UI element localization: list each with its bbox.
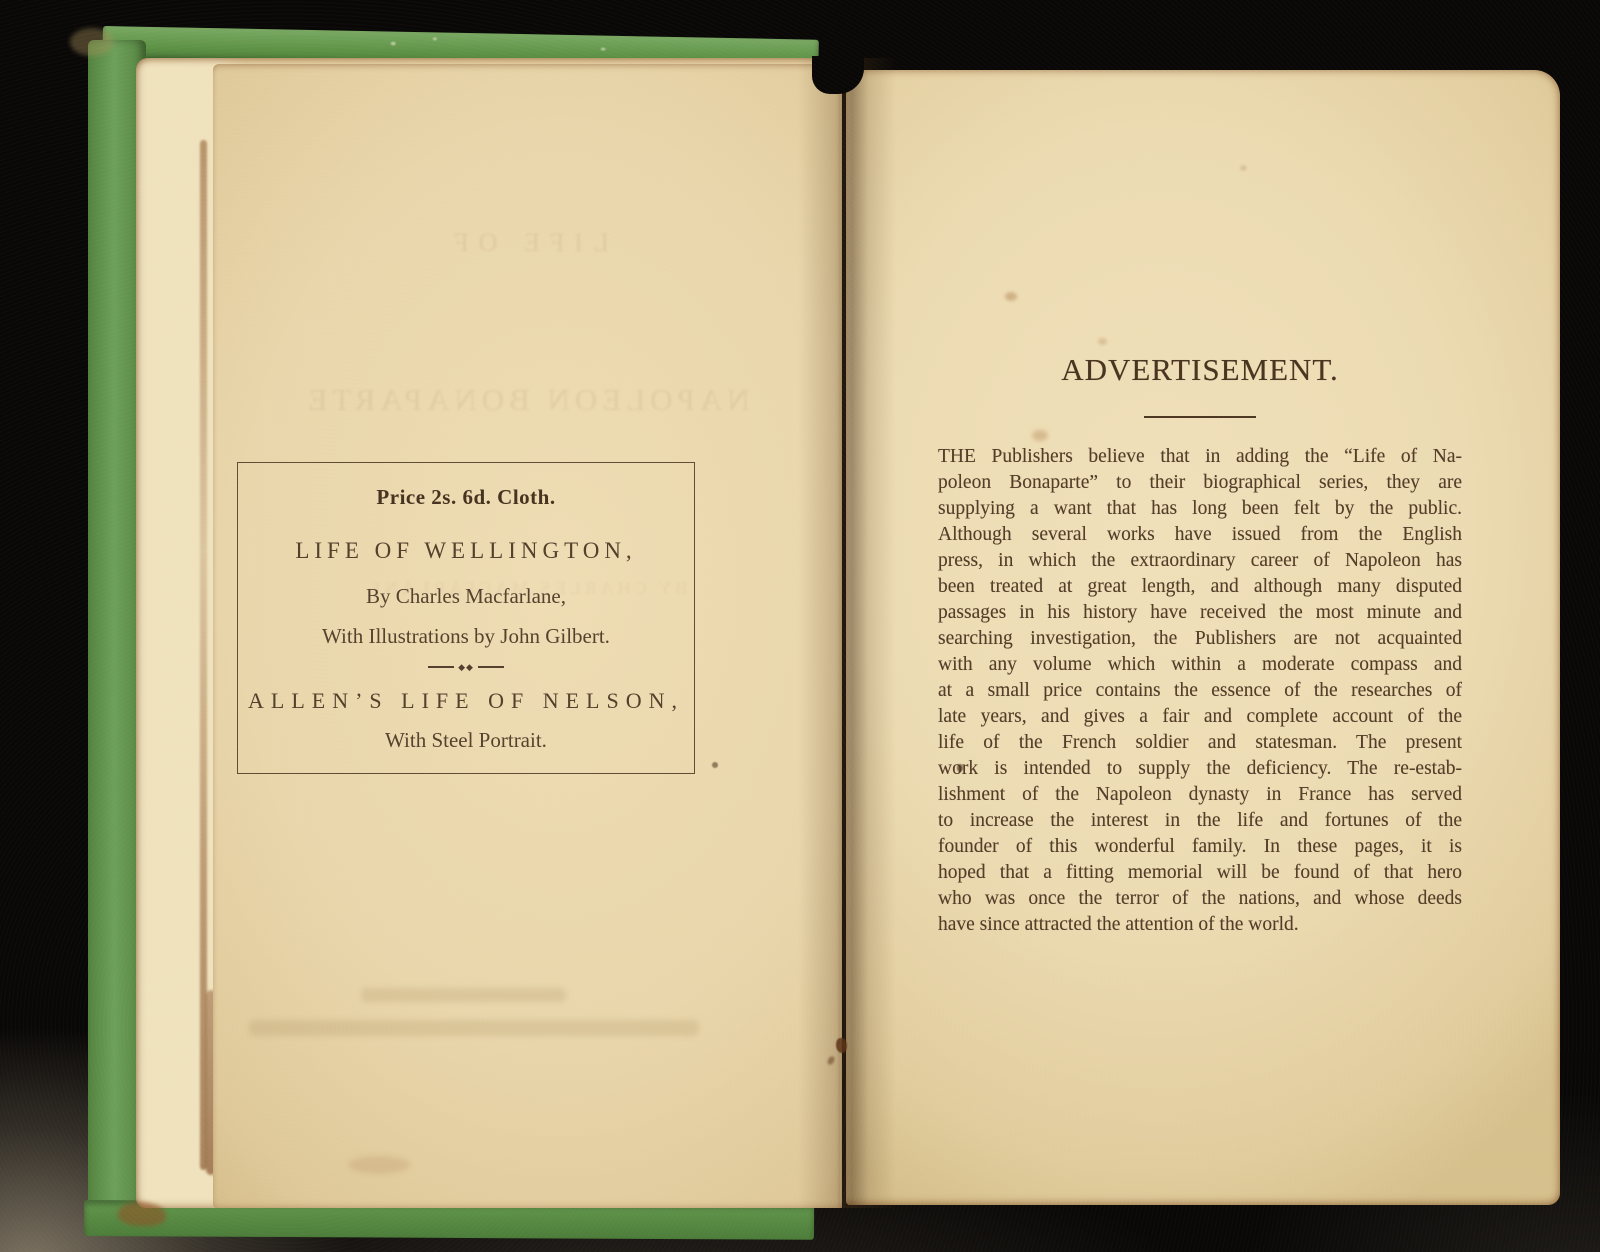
book-title-wellington: LIFE OF WELLINGTON, — [295, 537, 636, 564]
paragraph-line: at a small price contains the essence of… — [938, 678, 1462, 704]
ornament-rule — [478, 666, 504, 668]
author-line: By Charles Macfarlane, — [366, 584, 566, 608]
bleed-through-smudge — [361, 988, 566, 1002]
cover-paint-chip — [391, 42, 396, 46]
price-line: Price 2s. 6d. Cloth. — [376, 485, 555, 509]
advertisement-paragraph: THE Publishers believe that in adding th… — [938, 444, 1462, 938]
left-page: LIFE OF NAPOLEON BONAPARTE BY CHARLES MA… — [213, 64, 840, 1208]
paragraph-line: late years, and gives a fair and complet… — [938, 704, 1462, 730]
bleed-through-text: NAPOLEON BONAPARTE — [213, 382, 840, 418]
paragraph-line: supplying a want that has long been felt… — [938, 496, 1462, 522]
foxing-spot — [712, 762, 718, 768]
paragraph-line: founder of this wonderful family. In the… — [938, 834, 1462, 860]
paragraph-line: with any volume which within a moderate … — [938, 652, 1462, 678]
foxing-spot — [1005, 292, 1017, 301]
paragraph-line: who was once the terror of the nations, … — [938, 886, 1462, 912]
divider-ornament: ◆◆ — [428, 662, 504, 672]
paragraph-line: been treated at great length, and althou… — [938, 574, 1462, 600]
paragraph-line: hoped that a fitting memorial will be fo… — [938, 860, 1462, 886]
advertisement-section: ADVERTISEMENT. THE Publishers believe th… — [938, 352, 1462, 938]
cover-paint-chip — [601, 48, 606, 51]
book-title-nelson: ALLEN’S LIFE OF NELSON, — [248, 688, 684, 714]
cover-paint-chip — [433, 37, 437, 40]
diamond-icon: ◆◆ — [458, 663, 474, 672]
bleed-through-smudge — [249, 1020, 699, 1036]
paragraph-line: to increase the interest in the life and… — [938, 808, 1462, 834]
paragraph-line: lishment of the Napoleon dynasty in Fran… — [938, 782, 1462, 808]
foxing-spot — [1098, 338, 1107, 345]
paragraph-line: passages in his history have received th… — [938, 600, 1462, 626]
paragraph-line: THE Publishers believe that in adding th… — [938, 444, 1462, 470]
paragraph-line: have since attracted the attention of th… — [938, 912, 1462, 938]
foxing-spot — [1240, 165, 1247, 171]
portrait-line: With Steel Portrait. — [385, 728, 547, 752]
right-page: ADVERTISEMENT. THE Publishers believe th… — [846, 70, 1560, 1205]
paragraph-line: life of the French soldier and statesman… — [938, 730, 1462, 756]
heading-rule — [1144, 416, 1256, 418]
page-title: ADVERTISEMENT. — [938, 352, 1462, 388]
paragraph-line: poleon Bonaparte” to their biographical … — [938, 470, 1462, 496]
photo-backdrop: LIFE OF NAPOLEON BONAPARTE BY CHARLES MA… — [0, 0, 1600, 1252]
bleed-through-text: LIFE OF — [213, 228, 840, 258]
paragraph-line: Although several works have issued from … — [938, 522, 1462, 548]
foxing-spot — [348, 1156, 410, 1174]
paragraph-line: searching investigation, the Publishers … — [938, 626, 1462, 652]
ornament-rule — [428, 666, 454, 668]
paragraph-line: work is intended to supply the deficienc… — [938, 756, 1462, 782]
illustrations-line: With Illustrations by John Gilbert. — [322, 624, 610, 648]
publisher-advert-box: Price 2s. 6d. Cloth. LIFE OF WELLINGTON,… — [237, 462, 695, 774]
paragraph-line: press, in which the extraordinary career… — [938, 548, 1462, 574]
